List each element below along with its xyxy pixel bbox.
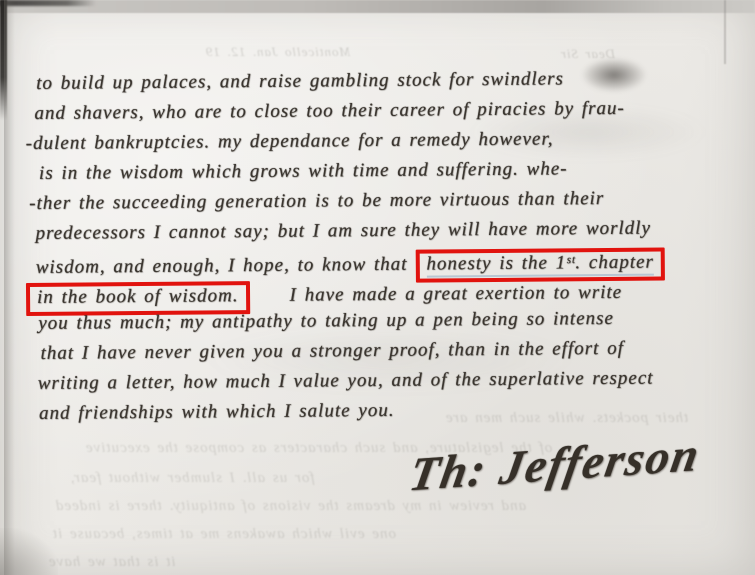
letter-line: predecessors I cannot say; but I am sure… — [35, 218, 651, 245]
letter-body: to build up palaces, and raise gambling … — [0, 0, 755, 575]
letter-line: that I have never given you a stronger p… — [40, 338, 624, 365]
letter-line: and friendships with which I salute you. — [39, 400, 395, 425]
letter-line: is in the wisdom which grows with time a… — [39, 158, 568, 185]
line8-rest: I have made a great exertion to write — [290, 282, 623, 306]
letter-line: -ther the succeeding generation is to be… — [29, 188, 604, 215]
highlighted-phrase-honesty: honesty is the 1ˢᵗ. chapter — [426, 252, 654, 278]
letter-line: -dulent bankruptcies. my dependance for … — [26, 128, 554, 155]
scanned-letter-page: Monticello Jan. 12. 19 Dear Sir their po… — [0, 0, 755, 575]
letter-line: and shavers, who are to close too their … — [34, 98, 625, 125]
letter-line: to build up palaces, and raise gambling … — [36, 68, 564, 95]
line7-prefix: wisdom, and enough, I hope, to know that — [36, 254, 408, 278]
letter-line: writing a letter, how much I value you, … — [38, 368, 654, 395]
highlighted-phrase-wisdom: in the book of wisdom. — [37, 285, 239, 308]
annotation-box-honesty: honesty is the 1ˢᵗ. chapter — [415, 247, 665, 282]
letter-line: you thus much; my antipathy to taking up… — [38, 308, 614, 335]
